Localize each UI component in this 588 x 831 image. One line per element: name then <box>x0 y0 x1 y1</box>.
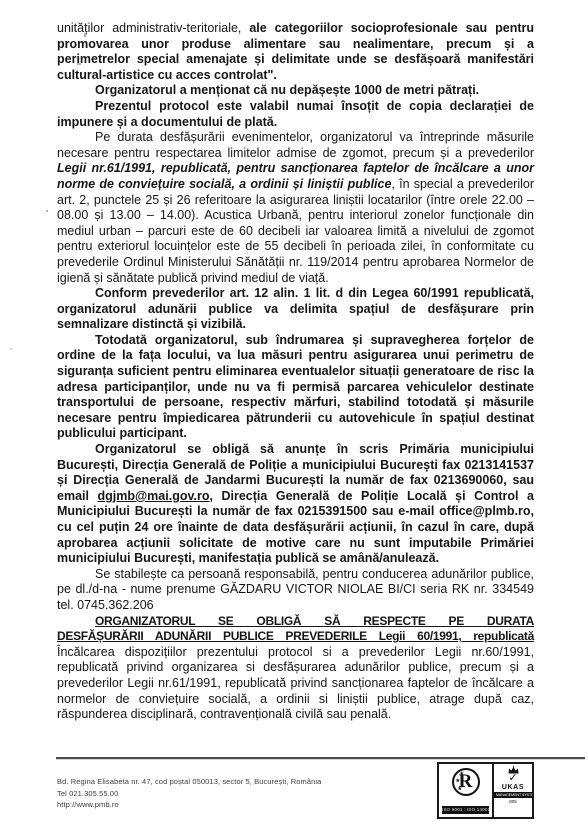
ukas-label: UKAS <box>502 784 524 791</box>
paragraph: Pe durata desfășurării evenimentelor, or… <box>57 130 534 286</box>
footer-phone: Tel 021.305.55.00 <box>57 788 321 800</box>
paragraph: unităților administrativ-teritoriale, al… <box>57 21 534 83</box>
scan-artifact <box>46 210 48 212</box>
paragraph: Organizatorul a menționat că nu depășeșt… <box>57 83 534 99</box>
text-segment: , în special a prevederilor art. 2, punc… <box>57 177 534 285</box>
text-segment: Se stabilește ca persoană responsabilă, … <box>57 567 534 612</box>
check-icon: ✓ <box>508 774 517 783</box>
iso-certification-bar: ISO 9001 : ISO 14001 <box>442 806 489 814</box>
footer-address: Bd. Regina Elisabeta nr. 47, cod poștal … <box>57 776 321 788</box>
ukas-subtitle-bar: MANAGEMENT SYSTEMS <box>494 792 532 798</box>
text-segment: Totodată organizatorul, sub îndrumarea ș… <box>57 333 534 441</box>
document-body: unităților administrativ-teritoriale, al… <box>57 21 534 723</box>
ukas-number: 005 <box>509 799 517 804</box>
paragraph: Încălcarea dispozițiilor prezentului pro… <box>57 645 534 723</box>
ring-decoration: ★ <box>460 772 464 777</box>
registered-mark-icon: ★ ★ ★ R <box>452 768 480 796</box>
text-segment: ORGANIZATORUL SE OBLIGĂ SĂ RESPECTE PE D… <box>95 614 534 628</box>
paragraph: Conform prevederilor art. 12 alin. 1 lit… <box>57 286 534 333</box>
scan-artifact <box>10 348 12 350</box>
ring-decoration: ★ <box>458 787 462 792</box>
cert-ukas: ✓ UKAS MANAGEMENT SYSTEMS 005 <box>494 764 532 817</box>
paragraph: Organizatorul se obligă să anunțe în scr… <box>57 442 534 567</box>
paragraph: Totodată organizatorul, sub îndrumarea ș… <box>57 333 534 442</box>
footer-contact-block: Bd. Regina Elisabeta nr. 47, cod poștal … <box>57 776 321 811</box>
text-segment: Pe durata desfășurării evenimentelor, or… <box>57 130 534 160</box>
heading-paragraph: ORGANIZATORUL SE OBLIGĂ SĂ RESPECTE PE D… <box>57 614 534 645</box>
footer-website: http://www.pmb.ro <box>57 799 321 811</box>
scanned-document-page: unităților administrativ-teritoriale, al… <box>0 0 588 831</box>
footer-divider <box>56 757 585 759</box>
scan-artifact <box>77 63 81 65</box>
cert-registered-mark: ★ ★ ★ R ISO 9001 : ISO 14001 <box>439 764 494 817</box>
scan-artifact <box>84 33 86 37</box>
text-segment: Prezentul protocol este valabil numai în… <box>57 99 534 129</box>
ring-decoration: ★ <box>456 779 460 784</box>
text-segment: dgjmb@mai.gov.ro <box>98 489 210 503</box>
text-segment: Conform prevederilor art. 12 alin. 1 lit… <box>57 286 534 331</box>
text-segment: Organizatorul a menționat că nu depășeșt… <box>95 83 479 97</box>
text-segment: DESFĂȘURĂRII ADUNĂRII PUBLICE PREVEDERIL… <box>57 629 534 643</box>
paragraph: Se stabilește ca persoană responsabilă, … <box>57 567 534 614</box>
text-segment: Încălcarea dispozițiilor prezentului pro… <box>57 645 534 721</box>
paragraph: Prezentul protocol este valabil numai în… <box>57 99 534 130</box>
certification-logos: ★ ★ ★ R ISO 9001 : ISO 14001 ✓ UKAS MANA… <box>437 762 534 819</box>
